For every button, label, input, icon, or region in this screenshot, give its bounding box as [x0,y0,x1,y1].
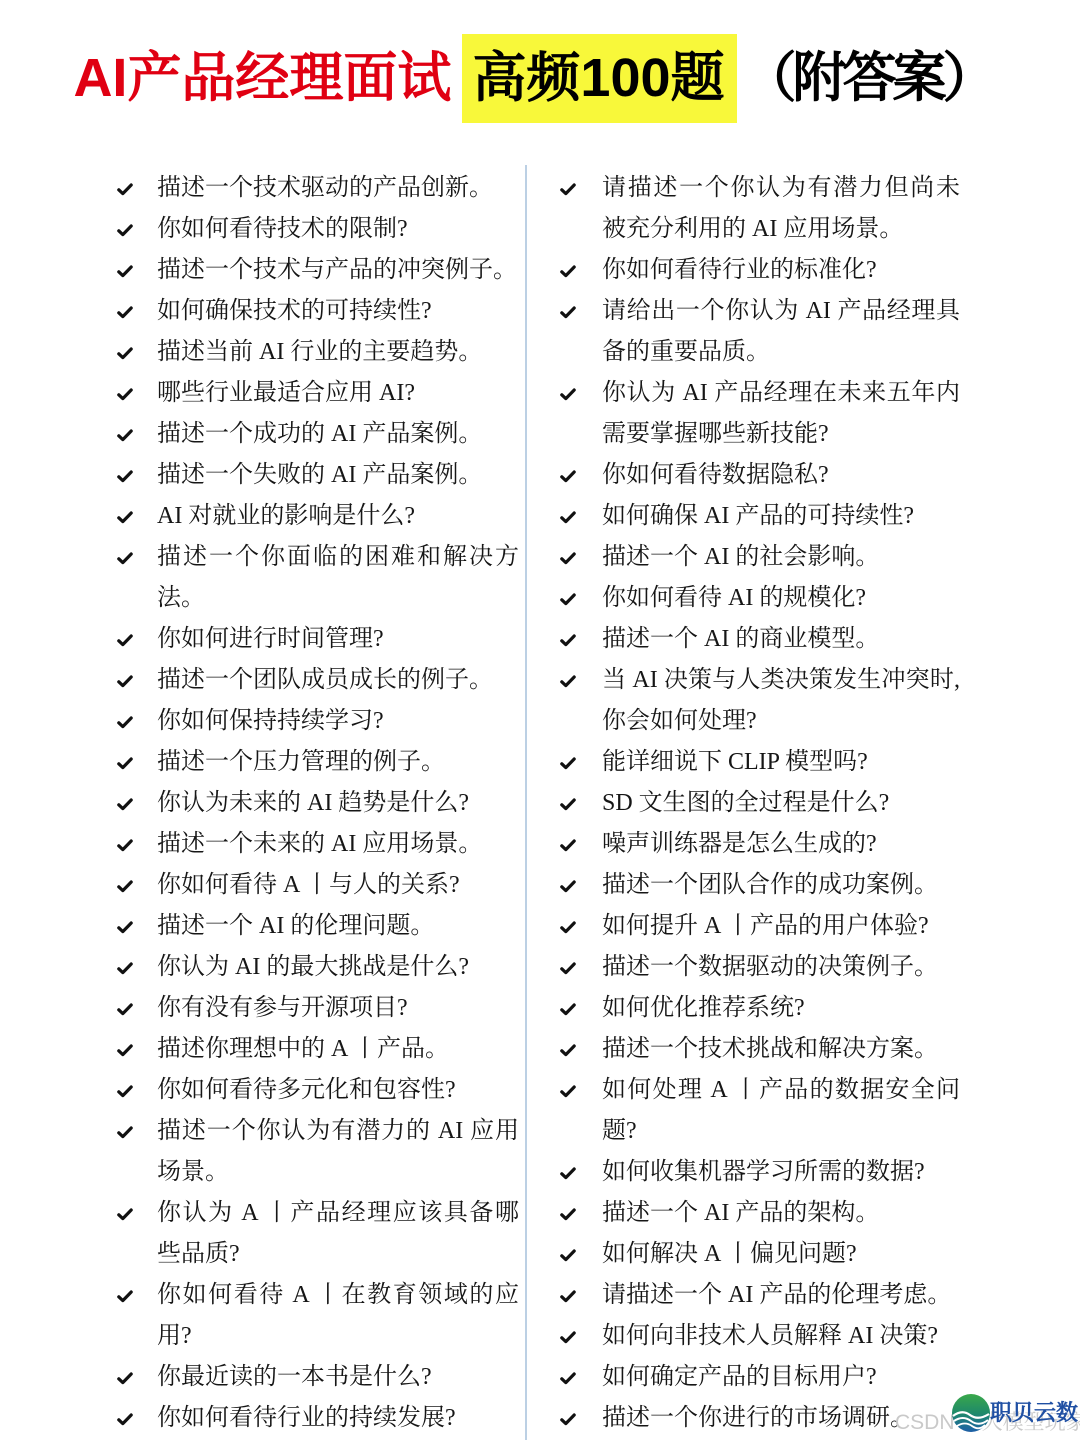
check-icon [110,783,157,824]
check-icon [110,1070,157,1111]
check-icon [553,742,602,783]
question-item: 你认为 AI 产品经理在未来五年内需要掌握哪些新技能? [553,373,960,455]
question-text: 如何处理 A 丨产品的数据安全问题? [602,1070,960,1152]
check-icon [553,1357,602,1398]
question-item: 你如何进行时间管理? [110,619,519,660]
check-icon [553,783,602,824]
check-icon [553,291,602,332]
check-icon [110,1111,157,1152]
question-text: 描述一个数据驱动的决策例子。 [602,947,960,988]
question-item: AI 对就业的影响是什么? [110,496,519,537]
column-divider [525,165,527,1440]
question-text: 你如何看待行业的持续发展? [157,1398,519,1439]
check-icon [553,578,602,619]
check-icon [553,496,602,537]
question-item: 你如何看待行业的标准化? [553,250,960,291]
question-text: 你如何进行时间管理? [157,619,519,660]
question-item: 如何处理 A 丨产品的数据安全问题? [553,1070,960,1152]
question-item: 描述一个 AI 的社会影响。 [553,537,960,578]
question-item: 能详细说下 CLIP 模型吗? [553,742,960,783]
question-item: 请给出一个你认为 AI 产品经理具备的重要品质。 [553,291,960,373]
question-item: 你认为 A 丨产品经理应该具备哪些品质? [110,1193,519,1275]
check-icon [110,1398,157,1439]
check-icon [110,496,157,537]
check-icon [110,1029,157,1070]
question-item: 当 AI 决策与人类决策发生冲突时,你会如何处理? [553,660,960,742]
question-item: 请描述一个 AI 产品的伦理考虑。 [553,1275,960,1316]
check-icon [110,906,157,947]
page-title: AI产品经理面试 高频100题 （附答案） [0,34,1080,123]
title-suffix: （附答案） [743,34,993,123]
question-text: 如何解决 A 丨偏见问题? [602,1234,960,1275]
title-highlight: 高频100题 [472,34,724,123]
question-item: 你有没有参与开源项目? [110,988,519,1029]
question-text: 描述一个 AI 的社会影响。 [602,537,960,578]
check-icon [553,865,602,906]
question-text: 描述一个成功的 AI 产品案例。 [157,414,519,455]
question-text: 噪声训练器是怎么生成的? [602,824,960,865]
check-icon [110,291,157,332]
question-item: 描述一个 AI 产品的架构。 [553,1193,960,1234]
question-text: 描述一个压力管理的例子。 [157,742,519,783]
question-text: AI 对就业的影响是什么? [157,496,519,537]
check-icon [553,1029,602,1070]
question-text: 如何提升 A 丨产品的用户体验? [602,906,960,947]
question-text: 如何确保 AI 产品的可持续性? [602,496,960,537]
question-text: 描述一个技术挑战和解决方案。 [602,1029,960,1070]
question-text: 描述一个 AI 的伦理问题。 [157,906,519,947]
question-text: 如何确定产品的目标用户? [602,1357,960,1398]
question-item: 请描述一个你认为有潜力但尚未被充分利用的 AI 应用场景。 [553,168,960,250]
check-icon [553,1316,602,1357]
question-item: 哪些行业最适合应用 AI? [110,373,519,414]
check-icon [110,373,157,414]
question-item: 如何提升 A 丨产品的用户体验? [553,906,960,947]
question-text: 描述一个团队成员成长的例子。 [157,660,519,701]
question-item: 描述一个技术驱动的产品创新。 [110,168,519,209]
question-text: 你如何看待多元化和包容性? [157,1070,519,1111]
question-text: 描述一个失败的 AI 产品案例。 [157,455,519,496]
check-icon [110,619,157,660]
question-item: 如何确保 AI 产品的可持续性? [553,496,960,537]
question-item: 你最近读的一本书是什么? [110,1357,519,1398]
check-icon [553,619,602,660]
question-text: 描述一个你认为有潜力的 AI 应用场景。 [157,1111,519,1193]
wave-globe-icon [950,1392,992,1434]
question-text: SD 文生图的全过程是什么? [602,783,960,824]
question-item: 你如何看待技术的限制? [110,209,519,250]
question-text: 描述你理想中的 A 丨产品。 [157,1029,519,1070]
question-item: 描述一个技术与产品的冲突例子。 [110,250,519,291]
question-item: 描述一个 AI 的商业模型。 [553,619,960,660]
question-item: 描述一个失败的 AI 产品案例。 [110,455,519,496]
question-item: SD 文生图的全过程是什么? [553,783,960,824]
question-text: 描述一个你面临的困难和解决方法。 [157,537,519,619]
question-text: 描述一个 AI 的商业模型。 [602,619,960,660]
question-item: 如何收集机器学习所需的数据? [553,1152,960,1193]
question-text: 你如何保持持续学习? [157,701,519,742]
question-text: 如何向非技术人员解释 AI 决策? [602,1316,960,1357]
question-item: 描述一个你认为有潜力的 AI 应用场景。 [110,1111,519,1193]
question-item: 你如何看待 A 丨在教育领域的应用? [110,1275,519,1357]
question-text: 你如何看待 A 丨在教育领域的应用? [157,1275,519,1357]
question-item: 你如何保持持续学习? [110,701,519,742]
check-icon [110,660,157,701]
question-text: 描述一个技术与产品的冲突例子。 [157,250,519,291]
question-item: 如何向非技术人员解释 AI 决策? [553,1316,960,1357]
question-text: 能详细说下 CLIP 模型吗? [602,742,960,783]
question-text: 你如何看待行业的标准化? [602,250,960,291]
check-icon [110,947,157,988]
check-icon [553,947,602,988]
check-icon [110,1275,157,1316]
check-icon [553,250,602,291]
question-item: 你认为未来的 AI 趋势是什么? [110,783,519,824]
check-icon [553,455,602,496]
check-icon [553,1398,602,1439]
check-icon [110,701,157,742]
question-text: 当 AI 决策与人类决策发生冲突时,你会如何处理? [602,660,960,742]
question-text: 如何优化推荐系统? [602,988,960,1029]
question-text: 你认为 AI 的最大挑战是什么? [157,947,519,988]
question-item: 描述一个未来的 AI 应用场景。 [110,824,519,865]
question-text: 你最近读的一本书是什么? [157,1357,519,1398]
question-item: 描述一个压力管理的例子。 [110,742,519,783]
question-item: 描述一个团队成员成长的例子。 [110,660,519,701]
check-icon [553,988,602,1029]
question-text: 你如何看待数据隐私? [602,455,960,496]
question-item: 你如何看待行业的持续发展? [110,1398,519,1439]
check-icon [110,537,157,578]
question-item: 如何确保技术的可持续性? [110,291,519,332]
check-icon [110,332,157,373]
question-text: 你认为 AI 产品经理在未来五年内需要掌握哪些新技能? [602,373,960,455]
question-text: 请描述一个你认为有潜力但尚未被充分利用的 AI 应用场景。 [602,168,960,250]
question-item: 描述一个技术挑战和解决方案。 [553,1029,960,1070]
question-item: 你认为 AI 的最大挑战是什么? [110,947,519,988]
check-icon [110,168,157,209]
question-item: 描述当前 AI 行业的主要趋势。 [110,332,519,373]
question-item: 描述一个 AI 的伦理问题。 [110,906,519,947]
question-item: 描述你理想中的 A 丨产品。 [110,1029,519,1070]
title-highlight-box: 高频100题 [462,34,736,123]
question-text: 你认为 A 丨产品经理应该具备哪些品质? [157,1193,519,1275]
question-text: 描述一个技术驱动的产品创新。 [157,168,519,209]
question-item: 你如何看待数据隐私? [553,455,960,496]
question-text: 请给出一个你认为 AI 产品经理具备的重要品质。 [602,291,960,373]
check-icon [553,824,602,865]
question-text: 你如何看待技术的限制? [157,209,519,250]
check-icon [110,742,157,783]
check-icon [553,168,602,209]
question-text: 描述一个未来的 AI 应用场景。 [157,824,519,865]
question-text: 描述一个 AI 产品的架构。 [602,1193,960,1234]
check-icon [110,824,157,865]
check-icon [110,455,157,496]
question-item: 描述一个成功的 AI 产品案例。 [110,414,519,455]
question-item: 如何解决 A 丨偏见问题? [553,1234,960,1275]
check-icon [110,1193,157,1234]
question-text: 你认为未来的 AI 趋势是什么? [157,783,519,824]
question-text: 哪些行业最适合应用 AI? [157,373,519,414]
question-text: 你如何看待 A 丨与人的关系? [157,865,519,906]
check-icon [553,660,602,701]
title-main: AI产品经理面试 [73,34,451,123]
question-item: 你如何看待 A 丨与人的关系? [110,865,519,906]
check-icon [110,865,157,906]
brand-logo-text: 职贝云数 [990,1396,1078,1427]
check-icon [110,414,157,455]
check-icon [553,1234,602,1275]
check-icon [553,1070,602,1111]
question-item: 描述一个数据驱动的决策例子。 [553,947,960,988]
check-icon [553,1193,602,1234]
check-icon [110,1357,157,1398]
question-text: 你有没有参与开源项目? [157,988,519,1029]
check-icon [553,537,602,578]
question-item: 你如何看待 AI 的规模化? [553,578,960,619]
question-item: 你如何看待多元化和包容性? [110,1070,519,1111]
question-list-left: 描述一个技术驱动的产品创新。 你如何看待技术的限制? 描述一个技术与产品的冲突例… [110,168,519,1439]
question-text: 请描述一个 AI 产品的伦理考虑。 [602,1275,960,1316]
check-icon [110,988,157,1029]
question-item: 描述一个你面临的困难和解决方法。 [110,537,519,619]
question-text: 你如何看待 AI 的规模化? [602,578,960,619]
question-item: 如何确定产品的目标用户? [553,1357,960,1398]
check-icon [553,906,602,947]
question-item: 如何优化推荐系统? [553,988,960,1029]
question-list-right: 请描述一个你认为有潜力但尚未被充分利用的 AI 应用场景。 你如何看待行业的标准… [553,168,960,1439]
question-text: 如何确保技术的可持续性? [157,291,519,332]
question-text: 描述一个团队合作的成功案例。 [602,865,960,906]
check-icon [110,250,157,291]
question-item: 描述一个团队合作的成功案例。 [553,865,960,906]
check-icon [110,209,157,250]
question-text: 如何收集机器学习所需的数据? [602,1152,960,1193]
question-item: 噪声训练器是怎么生成的? [553,824,960,865]
check-icon [553,373,602,414]
check-icon [553,1152,602,1193]
question-text: 描述当前 AI 行业的主要趋势。 [157,332,519,373]
check-icon [553,1275,602,1316]
